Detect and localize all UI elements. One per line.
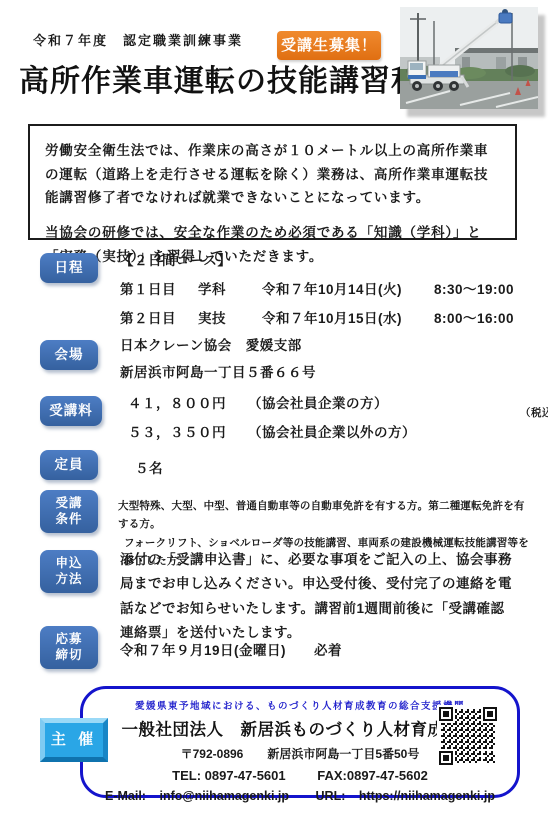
schedule-day2-type: 実技 xyxy=(198,307,262,327)
label-deadline-line1: 応募 xyxy=(40,631,98,647)
organizer-email-label: E-Mail: xyxy=(105,789,146,803)
qr-code xyxy=(437,705,499,767)
fee-tax-note: （税込み、テキスト代込み） xyxy=(520,405,548,420)
organizer-url-label: URL: xyxy=(316,789,346,803)
label-venue: 会場 xyxy=(40,340,98,370)
flyer-page: 令和７年度 認定職業訓練事業 受講生募集！ 高所作業車運転の技能講習科 xyxy=(0,0,548,816)
fee-row-member: ４１，８００円 （協会社員企業の方） xyxy=(128,392,538,412)
deadline-value: 令和７年９月19日(金曜日) 必着 xyxy=(120,639,342,659)
label-application-line2: 方法 xyxy=(40,571,98,587)
photo-illustration xyxy=(400,7,538,109)
label-requirements: 受講 条件 xyxy=(40,490,98,533)
schedule-day1-type: 学科 xyxy=(198,278,262,298)
fee-target-member: （協会社員企業の方） xyxy=(248,392,388,412)
schedule-day1-day: 第１日目 xyxy=(120,278,198,298)
aerial-work-platform-photo xyxy=(400,7,538,109)
label-schedule: 日程 xyxy=(40,253,98,283)
fee-target-nonmember: （協会社員企業以外の方） xyxy=(248,421,416,441)
label-deadline: 応募 締切 xyxy=(40,626,98,669)
label-deadline-line2: 締切 xyxy=(40,647,98,663)
fee-price-nonmember: ５３，３５０円 xyxy=(128,421,248,441)
schedule-day1: 第１日目 学科 令和７年10月14日(火) 8:30～19:00 xyxy=(120,278,514,298)
venue-line2: 新居浜市阿島一丁目５番６６号 xyxy=(120,359,316,386)
capacity-value: ５名 xyxy=(135,457,163,477)
label-requirements-line2: 条件 xyxy=(40,511,98,527)
schedule-day2-time: 8:00～16:00 xyxy=(434,307,514,327)
schedule-day1-time: 8:30～19:00 xyxy=(434,278,514,298)
label-fee: 受講料 xyxy=(40,396,102,426)
page-title: 高所作業車運転の技能講習科 xyxy=(19,56,422,100)
intro-paragraph-1: 労働安全衛生法では、作業床の高さが１０メートル以上の高所作業車の運転（道路上を走… xyxy=(45,139,500,210)
label-capacity: 定員 xyxy=(40,450,98,480)
organizer-email: info@niihamagenki.jp xyxy=(159,789,289,803)
organizer-telfax: TEL: 0897-47-5601 FAX:0897-47-5602 xyxy=(83,768,517,783)
schedule-day2-date: 令和７年10月15日(水) xyxy=(262,307,434,327)
schedule-day1-date: 令和７年10月14日(火) xyxy=(262,278,434,298)
organizer-tel: TEL: 0897-47-5601 xyxy=(172,768,285,783)
label-application: 申込 方法 xyxy=(40,550,98,593)
venue-content: 日本クレーン協会 愛媛支部 新居浜市阿島一丁目５番６６号 xyxy=(120,332,316,386)
organizer-contact-line: E-Mail: info@niihamagenki.jp URL: https:… xyxy=(83,789,517,803)
schedule-content: 【２日間コース】 第１日目 学科 令和７年10月14日(火) 8:30～19:0… xyxy=(120,249,514,327)
intro-box: 労働安全衛生法では、作業床の高さが１０メートル以上の高所作業車の運転（道路上を走… xyxy=(28,124,517,240)
fee-content: ４１，８００円 （協会社員企業の方） ５３，３５０円 （協会社員企業以外の方） … xyxy=(128,392,538,450)
schedule-day2-day: 第２日目 xyxy=(120,307,198,327)
organizer-box: 主 催 愛媛県東予地域における、ものづくり人材育成教育の総合支援機関 一般社団法… xyxy=(80,686,520,798)
venue-line1: 日本クレーン協会 愛媛支部 xyxy=(120,332,316,359)
organizer-fax: FAX:0897-47-5602 xyxy=(317,768,428,783)
label-application-line1: 申込 xyxy=(40,555,98,571)
qr-code-graphic xyxy=(439,707,497,765)
schedule-course: 【２日間コース】 xyxy=(120,249,514,269)
program-year-line: 令和７年度 認定職業訓練事業 xyxy=(33,30,243,49)
fee-price-member: ４１，８００円 xyxy=(128,392,248,412)
fee-row-nonmember: ５３，３５０円 （協会社員企業以外の方） xyxy=(128,421,538,441)
schedule-day2: 第２日目 実技 令和７年10月15日(水) 8:00～16:00 xyxy=(120,307,514,327)
sponsor-badge: 主 催 xyxy=(40,718,108,762)
application-text: 添付の「受講申込書」に、必要な事項をご記入の上、協会事務局までお申し込みください… xyxy=(120,548,512,645)
organizer-url: https://niihamagenki.jp xyxy=(359,789,495,803)
label-requirements-line1: 受講 xyxy=(40,495,98,511)
requirements-line1: 大型特殊、大型、中型、普通自動車等の自動車免許を有する方。第二種運転免許を有する… xyxy=(118,497,533,534)
